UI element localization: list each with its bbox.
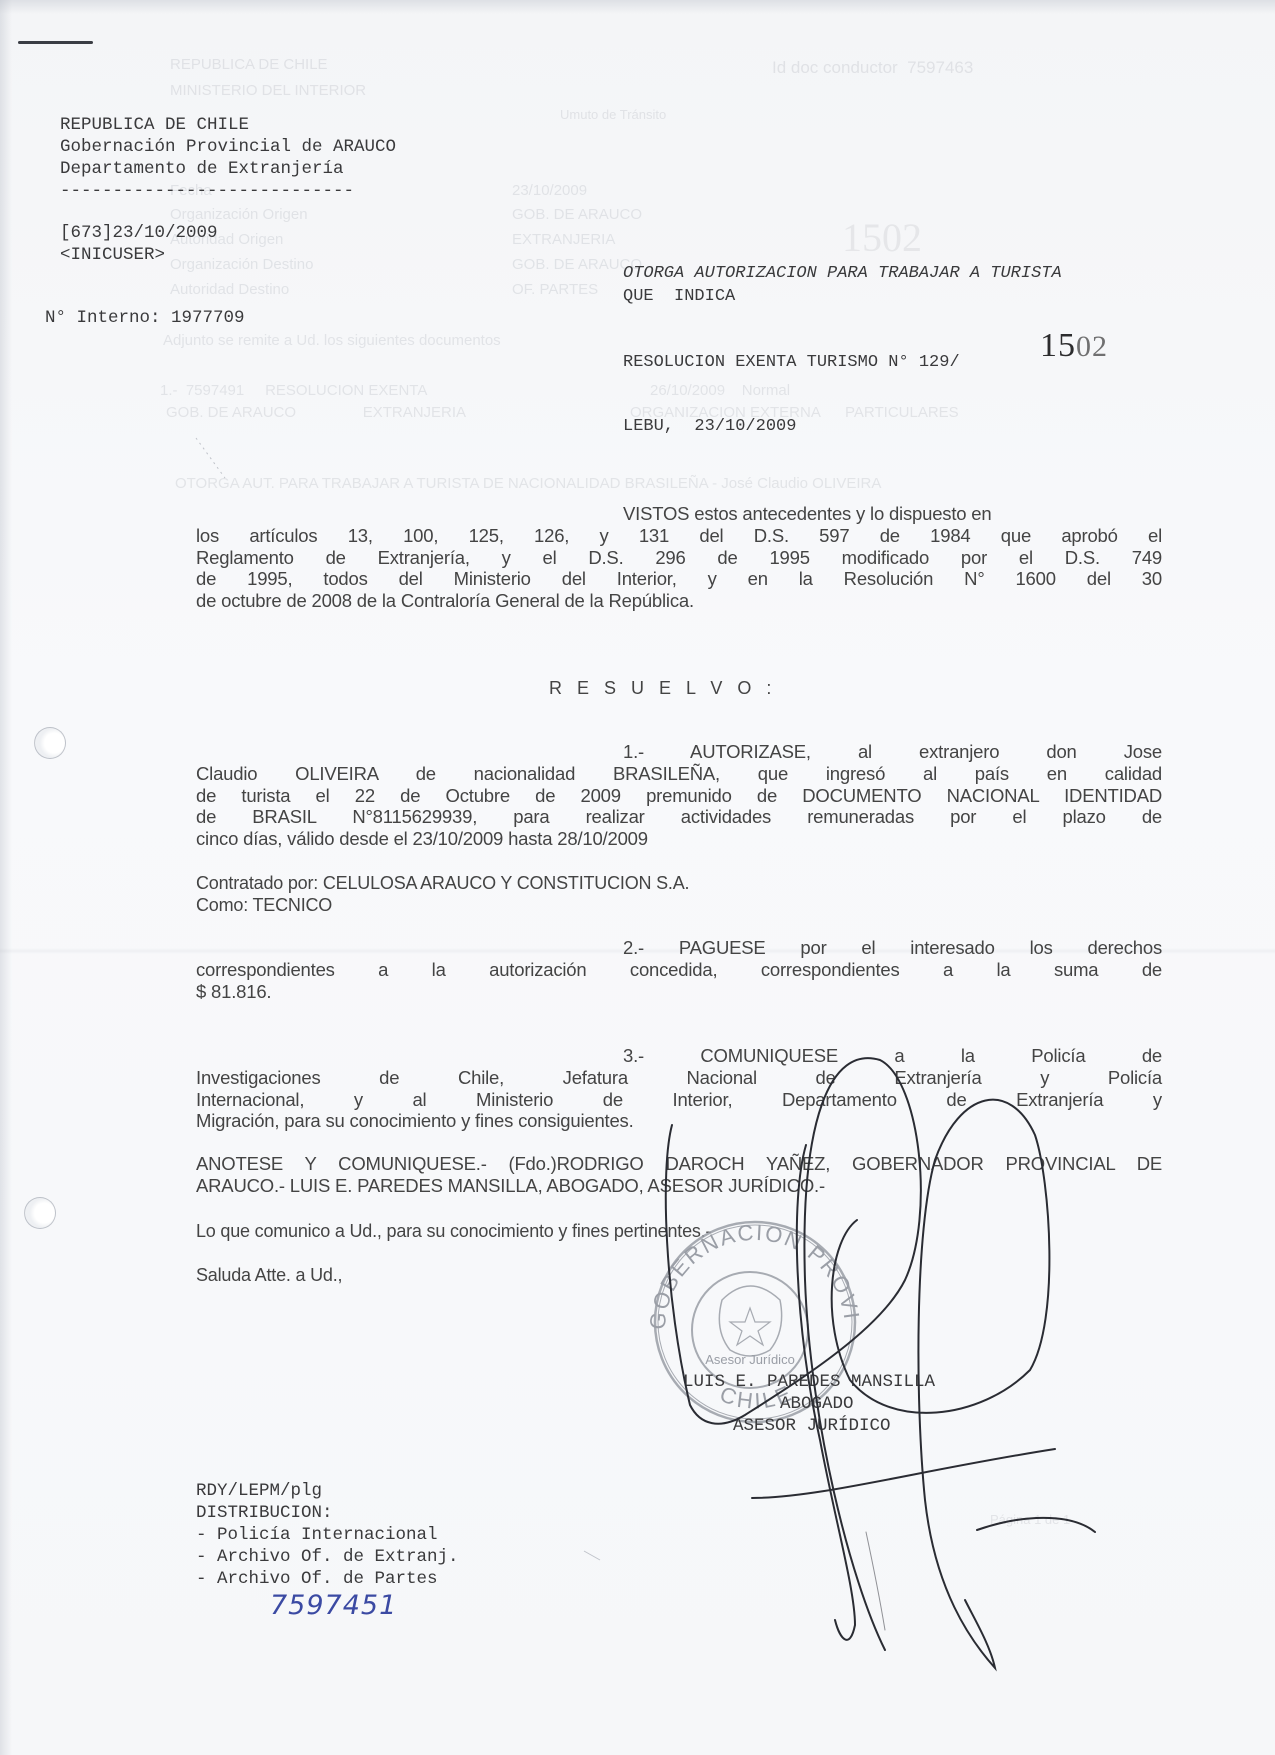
resolution-label: RESOLUCION EXENTA TURISMO N° 129/ [623, 352, 960, 374]
header-rule: ---------------------------- [60, 180, 354, 202]
paragraph-line: 3.- COMUNIQUESE a la Policía de [196, 1045, 1162, 1067]
ghost-text: EXTRANJERIA [512, 231, 615, 248]
department-name: Departamento de Extranjería [60, 158, 344, 180]
paragraph-line: $ 81.816. [196, 981, 1162, 1003]
handwritten-document-number: 7597451 [270, 1590, 397, 1621]
distribution-item: - Archivo Of. de Extranj. [196, 1546, 459, 1568]
paragraph-line: cinco días, válido desde el 23/10/2009 h… [196, 828, 1162, 850]
ghost-text: Umuto de Tránsito [560, 107, 666, 122]
punch-hole-upper [34, 727, 66, 759]
paragraph-line: Internacional, y al Ministerio de Interi… [196, 1089, 1162, 1111]
stamp-digits-bold: 15 [1040, 327, 1076, 364]
ghost-text: Organización Origen [170, 206, 308, 223]
paragraph-line: Reglamento de Extranjería, y el D.S. 296… [196, 547, 1162, 569]
paragraph-line: de 1995, todos del Ministerio del Interi… [196, 568, 1162, 590]
communication-line: Lo que comunico a Ud., para su conocimie… [196, 1220, 711, 1242]
paragraph-line: los artículos 13, 100, 125, 126, y 131 d… [196, 525, 1162, 547]
paragraph-line: 1.- AUTORIZASE, al extranjero don Jose [196, 741, 1162, 763]
user-tag: <INICUSER> [60, 244, 165, 266]
distribution-item: - Policía Internacional [196, 1524, 438, 1546]
role-line: Como: TECNICO [196, 894, 332, 916]
country-name: REPUBLICA DE CHILE [60, 114, 249, 136]
resuelvo-heading: R E S U E L V O : [549, 677, 776, 699]
signatory-title-2: ASESOR JURÍDICO [733, 1415, 891, 1437]
resolution-stamp-number: 1502 [1040, 327, 1108, 365]
paragraph-line: Investigaciones de Chile, Jefatura Nacio… [196, 1067, 1162, 1089]
signatory-title-1: ABOGADO [780, 1393, 854, 1415]
reference-date: [673]23/10/2009 [60, 222, 218, 244]
ghost-text: 26/10/2009 Normal [650, 382, 790, 399]
paragraph-line: 2.- PAGUESE por el interesado los derech… [196, 937, 1162, 959]
ghost-text: 1.- 7597491 RESOLUCION EXENTA [160, 382, 427, 399]
salutation: Saluda Atte. a Ud., [196, 1264, 342, 1286]
paragraph-line: ARAUCO.- LUIS E. PAREDES MANSILLA, ABOGA… [196, 1175, 1162, 1197]
paragraph-line: Migración, para su conocimiento y fines … [196, 1110, 1162, 1132]
paragraph-line: de octubre de 2008 de la Contraloría Gen… [196, 590, 1162, 612]
anotese-paragraph: ANOTESE Y COMUNIQUESE.- (Fdo.)RODRIGO DA… [196, 1153, 1162, 1197]
punch-hole-lower [24, 1197, 56, 1229]
scan-edge-top [0, 0, 1275, 14]
ghost-text: Autoridad Destino [170, 281, 289, 298]
paragraph-line: VISTOS estos antecedentes y lo dispuesto… [196, 503, 1162, 525]
paragraph-line: Claudio OLIVEIRA de nacionalidad BRASILE… [196, 763, 1162, 785]
ghost-text: OTORGA AUT. PARA TRABAJAR A TURISTA DE N… [175, 475, 881, 492]
initials: RDY/LEPM/plg [196, 1480, 322, 1502]
paragraph-line: ANOTESE Y COMUNIQUESE.- (Fdo.)RODRIGO DA… [196, 1153, 1162, 1175]
paragraph-line: de BRASIL N°8115629939, para realizar ac… [196, 806, 1162, 828]
paragraph-line: de turista el 22 de Octubre de 2009 prem… [196, 785, 1162, 807]
top-margin-mark [18, 41, 93, 44]
ghost-text: Id doc conductor 7597463 [772, 58, 973, 78]
stamp-digits-faint: 02 [1076, 330, 1108, 363]
employer-line: Contratado por: CELULOSA ARAUCO Y CONSTI… [196, 872, 689, 894]
ghost-stamp-number: 1502 [842, 214, 922, 261]
distribution-label: DISTRIBUCION: [196, 1502, 333, 1524]
clause-3: 3.- COMUNIQUESE a la Policía de Investig… [196, 1045, 1162, 1132]
ghost-text: Página 1 de 1 [990, 1512, 1070, 1527]
scanned-page: REPUBLICA DE CHILE MINISTERIO DEL INTERI… [0, 0, 1275, 1755]
place-date: LEBU, 23/10/2009 [623, 416, 796, 438]
scan-edge-left [0, 0, 12, 1755]
seal-inner-text: Asesor Jurídico [705, 1352, 795, 1367]
paragraph-line: correspondientes a la autorización conce… [196, 959, 1162, 981]
ghost-text: Adjunto se remite a Ud. los siguientes d… [163, 332, 501, 349]
subject-line-1: OTORGA AUTORIZACION PARA TRABAJAR A TURI… [623, 263, 1062, 285]
ghost-text: 23/10/2009 [512, 182, 587, 199]
ghost-text: GOB. DE ARAUCO EXTRANJERIA [166, 404, 466, 421]
internal-number: N° Interno: 1977709 [45, 307, 245, 329]
clause-1: 1.- AUTORIZASE, al extranjero don Jose C… [196, 741, 1162, 850]
ghost-text: REPUBLICA DE CHILE [170, 56, 328, 73]
ghost-text: GOB. DE ARAUCO [512, 206, 642, 223]
ghost-text: Organización Destino [170, 256, 313, 273]
clause-2: 2.- PAGUESE por el interesado los derech… [196, 937, 1162, 1002]
ghost-text: MINISTERIO DEL INTERIOR [170, 82, 366, 99]
vistos-paragraph: VISTOS estos antecedentes y lo dispuesto… [196, 503, 1162, 612]
signatory-name: LUIS E. PAREDES MANSILLA [683, 1371, 935, 1393]
subject-line-2: QUE INDICA [623, 286, 735, 308]
office-name: Gobernación Provincial de ARAUCO [60, 136, 396, 158]
distribution-item: - Archivo Of. de Partes [196, 1568, 438, 1590]
ghost-text: OF. PARTES [512, 281, 598, 298]
